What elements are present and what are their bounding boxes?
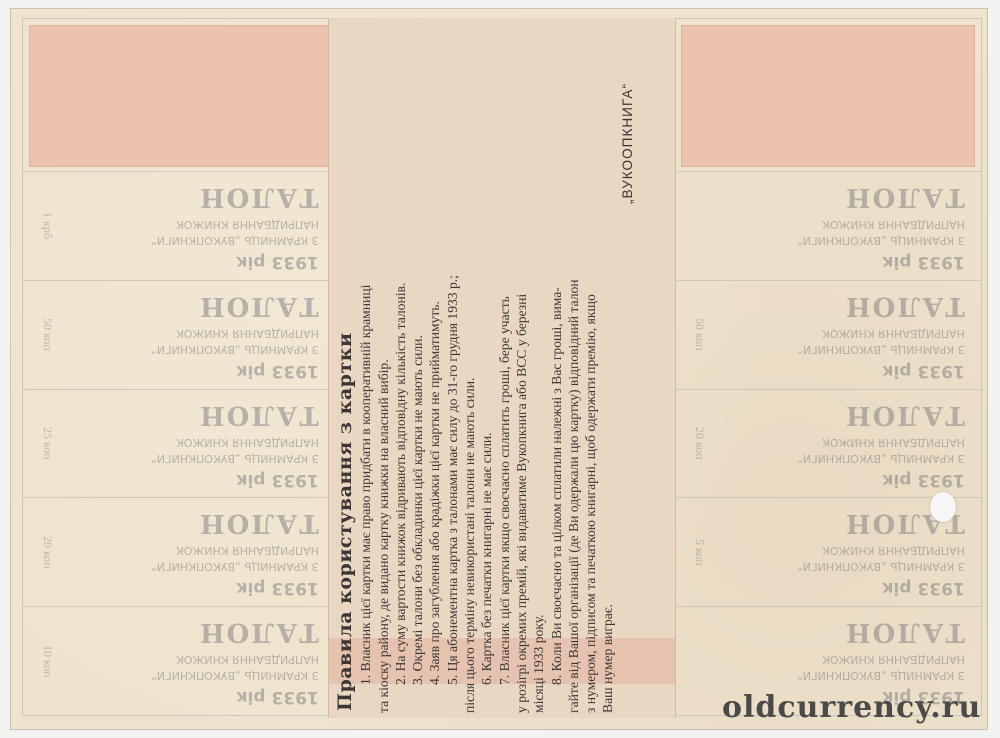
coupon-year: 1933 рік [236,252,319,272]
coupon-value: 50 коп [33,291,55,379]
coupon-line2: З КРАМНИЦЬ „ВУКОПКНИГИ“ [151,560,319,573]
left-coupons: 1 крб ТАЛОН НАПРИДБАННЯ КНИЖОК З КРАМНИЦ… [23,171,335,715]
right-header-panel [681,25,975,167]
rule-8-cont2: з нумером, підписом та печаткою книгарні… [582,23,599,713]
coupon-year: 1933 рік [236,687,319,707]
coupon-value: 20 коп [33,508,55,596]
coupon: ТАЛОН НАПРИДБАННЯ КНИЖОК З КРАМНИЦЬ „ВУК… [675,171,981,280]
coupon-title: ТАЛОН [844,617,965,647]
coupon-title: ТАЛОН [198,400,319,430]
coupon-line1: НАПРИДБАННЯ КНИЖОК [176,436,319,449]
rule-8-cont: гайте від Вашої організації (де Ви одерж… [565,23,582,713]
coupon-value [685,182,707,270]
rule-2: 2. На суму вартости книжок відривають ві… [392,23,409,713]
coupon-year: 1933 рік [236,578,319,598]
rule-8-cont3: Ваш нумер виграє. [599,23,616,713]
coupon-line1: НАПРИДБАННЯ КНИЖОК [822,218,965,231]
coupon: 50 коп ТАЛОН НАПРИДБАННЯ КНИЖОК З КРАМНИ… [675,280,981,389]
rule-7-cont: у розігрі окремих премій, які видаватиме… [513,23,530,713]
coupon-year: 1933 рік [882,470,965,490]
coupon-line2: З КРАМНИЦЬ „ВУКОПКНИГИ“ [797,669,965,682]
coupon-line1: НАПРИДБАННЯ КНИЖОК [822,327,965,340]
right-coupon-column: ТАЛОН НАПРИДБАННЯ КНИЖОК З КРАМНИЦЬ „ВУК… [674,18,982,716]
coupon-line2: З КРАМНИЦЬ „ВУКОПКНИГИ“ [151,452,319,465]
rules-text-block: Правила користування з картки 1. Власник… [337,23,667,713]
rule-3: 3. Окремі талони без обкладинки цієї кар… [409,23,426,713]
rules-panel: Правила користування з картки 1. Власник… [328,18,676,718]
left-header-panel [29,25,329,167]
rule-6: 6. Картка без печатки книгарні не має си… [478,23,495,713]
left-coupon-column: 1 крб ТАЛОН НАПРИДБАННЯ КНИЖОК З КРАМНИЦ… [22,18,336,716]
coupon-value: 10 коп [33,617,55,705]
coupon-line1: НАПРИДБАННЯ КНИЖОК [176,544,319,557]
coupon-value [685,617,707,705]
card-back: 1 крб ТАЛОН НАПРИДБАННЯ КНИЖОК З КРАМНИЦ… [10,8,988,730]
coupon-title: ТАЛОН [198,182,319,212]
coupon-value: 5 коп [685,508,707,596]
coupon-value: 25 коп [33,400,55,488]
coupon-line2: З КРАМНИЦЬ „ВУКОПКНИГИ“ [797,343,965,356]
coupon-line2: З КРАМНИЦЬ „ВУКОПКНИГИ“ [151,234,319,247]
coupon-year: 1933 рік [882,361,965,381]
coupon-value: 20 коп [685,400,707,488]
signature: „ВУКООПКНИГА“ [619,23,636,713]
coupon: 20 коп ТАЛОН НАПРИДБАННЯ КНИЖОК З КРАМНИ… [23,497,335,606]
coupon-year: 1933 рік [882,578,965,598]
coupon-line1: НАПРИДБАННЯ КНИЖОК [176,653,319,666]
coupon: 10 коп ТАЛОН НАПРИДБАННЯ КНИЖОК З КРАМНИ… [23,606,335,715]
rules-title: Правила користування з картки [337,23,354,713]
coupon: 50 коп ТАЛОН НАПРИДБАННЯ КНИЖОК З КРАМНИ… [23,280,335,389]
punch-hole [930,492,956,522]
coupon-title: ТАЛОН [844,400,965,430]
coupon-line1: НАПРИДБАННЯ КНИЖОК [176,218,319,231]
rule-4: 4. Заяв про загублення або крадіжки цієї… [426,23,443,713]
coupon-line2: З КРАМНИЦЬ „ВУКОПКНИГИ“ [797,234,965,247]
coupon-value: 1 крб [33,182,55,270]
coupon-line1: НАПРИДБАННЯ КНИЖОК [822,436,965,449]
rule-1-cont: та кіоску району, де видано картку книжк… [375,23,392,713]
coupon-line2: З КРАМНИЦЬ „ВУКОПКНИГИ“ [151,343,319,356]
coupon-year: 1933 рік [882,252,965,272]
rule-8: 8. Коли Ви своєчасно та цілком сплатили … [548,23,565,713]
coupon-line1: НАПРИДБАННЯ КНИЖОК [822,653,965,666]
coupon: 1 крб ТАЛОН НАПРИДБАННЯ КНИЖОК З КРАМНИЦ… [23,171,335,280]
coupon-line2: З КРАМНИЦЬ „ВУКОПКНИГИ“ [151,669,319,682]
coupon-line2: З КРАМНИЦЬ „ВУКОПКНИГИ“ [797,452,965,465]
rule-5: 5. Ця абонементна картка з талонами має … [444,23,461,713]
right-coupons: ТАЛОН НАПРИДБАННЯ КНИЖОК З КРАМНИЦЬ „ВУК… [675,171,981,715]
coupon-value: 50 коп [685,291,707,379]
coupon-line2: З КРАМНИЦЬ „ВУКОПКНИГИ“ [797,560,965,573]
coupon: 20 коп ТАЛОН НАПРИДБАННЯ КНИЖОК З КРАМНИ… [675,389,981,498]
coupon-title: ТАЛОН [844,182,965,212]
coupon-title: ТАЛОН [198,508,319,538]
coupon-title: ТАЛОН [198,291,319,321]
coupon-title: ТАЛОН [844,291,965,321]
coupon-year: 1933 рік [236,361,319,381]
coupon-year: 1933 рік [236,470,319,490]
coupon-line1: НАПРИДБАННЯ КНИЖОК [822,544,965,557]
rule-7: 7. Власник цієї картки якщо своєчасно сп… [496,23,513,713]
rule-1: 1. Власник цієї картки має право придбат… [357,23,374,713]
coupon: 25 коп ТАЛОН НАПРИДБАННЯ КНИЖОК З КРАМНИ… [23,389,335,498]
coupon-title: ТАЛОН [198,617,319,647]
watermark: oldcurrency.ru [722,690,981,725]
rule-7-cont2: місяці 1933 року. [530,23,547,713]
rule-5-cont: після цього терміну невикористані талони… [461,23,478,713]
coupon-line1: НАПРИДБАННЯ КНИЖОК [176,327,319,340]
